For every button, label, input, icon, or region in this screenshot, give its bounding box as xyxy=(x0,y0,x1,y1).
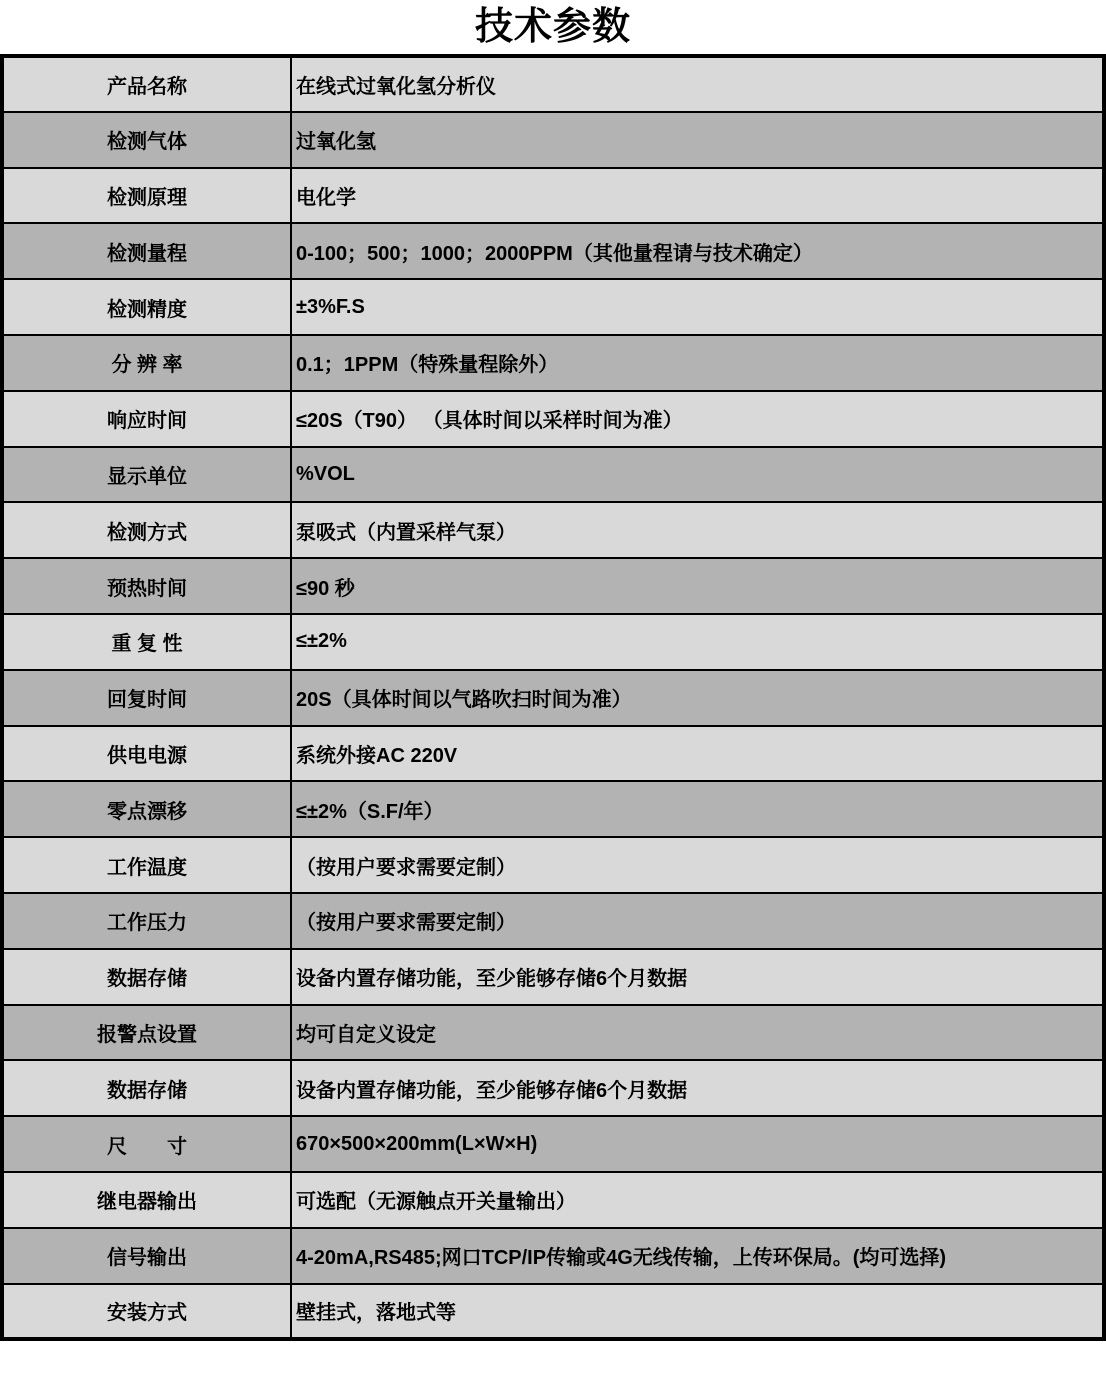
spec-sheet-page: 技术参数 产品名称 在线式过氧化氢分析仪 检测气体 过氧化氢 检测原理 电化学 … xyxy=(0,4,1106,1341)
param-label: 继电器输出 xyxy=(2,1172,291,1228)
table-row: 重 复 性 ≤±2% xyxy=(2,614,1104,670)
param-label: 检测气体 xyxy=(2,112,291,168)
param-value: 0-100；500；1000；2000PPM（其他量程请与技术确定） xyxy=(291,223,1104,279)
param-label: 工作温度 xyxy=(2,837,291,893)
param-label: 零点漂移 xyxy=(2,781,291,837)
table-row: 数据存储 设备内置存储功能，至少能够存储6个月数据 xyxy=(2,949,1104,1005)
param-label: 回复时间 xyxy=(2,670,291,726)
param-label: 检测量程 xyxy=(2,223,291,279)
param-label: 产品名称 xyxy=(2,56,291,112)
param-label: 数据存储 xyxy=(2,949,291,1005)
param-label: 预热时间 xyxy=(2,558,291,614)
param-value: 在线式过氧化氢分析仪 xyxy=(291,56,1104,112)
param-label: 检测方式 xyxy=(2,502,291,558)
spec-table-body: 产品名称 在线式过氧化氢分析仪 检测气体 过氧化氢 检测原理 电化学 检测量程 … xyxy=(2,56,1104,1339)
param-label: 显示单位 xyxy=(2,447,291,503)
param-value: 20S（具体时间以气路吹扫时间为准） xyxy=(291,670,1104,726)
param-label: 重 复 性 xyxy=(2,614,291,670)
table-row: 响应时间 ≤20S（T90） （具体时间以采样时间为准） xyxy=(2,391,1104,447)
param-value: 壁挂式，落地式等 xyxy=(291,1284,1104,1340)
table-row: 继电器输出 可选配（无源触点开关量输出） xyxy=(2,1172,1104,1228)
param-label: 工作压力 xyxy=(2,893,291,949)
param-value: 4-20mA,RS485;网口TCP/IP传输或4G无线传输，上传环保局。(均可… xyxy=(291,1228,1104,1284)
param-label: 尺 寸 xyxy=(2,1116,291,1172)
param-value: 设备内置存储功能，至少能够存储6个月数据 xyxy=(291,1060,1104,1116)
table-row: 工作温度 （按用户要求需要定制） xyxy=(2,837,1104,893)
table-row: 检测方式 泵吸式（内置采样气泵） xyxy=(2,502,1104,558)
param-label: 供电电源 xyxy=(2,726,291,782)
param-label: 分 辨 率 xyxy=(2,335,291,391)
param-value: ≤90 秒 xyxy=(291,558,1104,614)
table-row: 预热时间 ≤90 秒 xyxy=(2,558,1104,614)
param-value: ≤±2%（S.F/年） xyxy=(291,781,1104,837)
table-row: 信号输出 4-20mA,RS485;网口TCP/IP传输或4G无线传输，上传环保… xyxy=(2,1228,1104,1284)
table-row: 检测原理 电化学 xyxy=(2,168,1104,224)
table-row: 工作压力 （按用户要求需要定制） xyxy=(2,893,1104,949)
param-value: 设备内置存储功能，至少能够存储6个月数据 xyxy=(291,949,1104,1005)
param-value: 泵吸式（内置采样气泵） xyxy=(291,502,1104,558)
param-label: 数据存储 xyxy=(2,1060,291,1116)
param-label: 检测原理 xyxy=(2,168,291,224)
param-value: 均可自定义设定 xyxy=(291,1005,1104,1061)
param-label: 报警点设置 xyxy=(2,1005,291,1061)
table-row: 分 辨 率 0.1；1PPM（特殊量程除外） xyxy=(2,335,1104,391)
param-value: 系统外接AC 220V xyxy=(291,726,1104,782)
spec-table: 产品名称 在线式过氧化氢分析仪 检测气体 过氧化氢 检测原理 电化学 检测量程 … xyxy=(0,54,1106,1341)
param-value: 过氧化氢 xyxy=(291,112,1104,168)
table-row: 数据存储 设备内置存储功能，至少能够存储6个月数据 xyxy=(2,1060,1104,1116)
param-value: ±3%F.S xyxy=(291,279,1104,335)
param-label: 响应时间 xyxy=(2,391,291,447)
param-value: 0.1；1PPM（特殊量程除外） xyxy=(291,335,1104,391)
table-row: 检测气体 过氧化氢 xyxy=(2,112,1104,168)
param-value: 电化学 xyxy=(291,168,1104,224)
param-label: 安装方式 xyxy=(2,1284,291,1340)
param-label: 信号输出 xyxy=(2,1228,291,1284)
param-value: ≤20S（T90） （具体时间以采样时间为准） xyxy=(291,391,1104,447)
table-row: 检测精度 ±3%F.S xyxy=(2,279,1104,335)
param-label: 检测精度 xyxy=(2,279,291,335)
table-row: 回复时间 20S（具体时间以气路吹扫时间为准） xyxy=(2,670,1104,726)
table-row: 检测量程 0-100；500；1000；2000PPM（其他量程请与技术确定） xyxy=(2,223,1104,279)
table-row: 尺 寸 670×500×200mm(L×W×H) xyxy=(2,1116,1104,1172)
param-value: 可选配（无源触点开关量输出） xyxy=(291,1172,1104,1228)
param-value: （按用户要求需要定制） xyxy=(291,893,1104,949)
param-value: 670×500×200mm(L×W×H) xyxy=(291,1116,1104,1172)
table-row: 安装方式 壁挂式，落地式等 xyxy=(2,1284,1104,1340)
param-value: ≤±2% xyxy=(291,614,1104,670)
table-row: 显示单位 %VOL xyxy=(2,447,1104,503)
param-value: %VOL xyxy=(291,447,1104,503)
param-value: （按用户要求需要定制） xyxy=(291,837,1104,893)
table-row: 报警点设置 均可自定义设定 xyxy=(2,1005,1104,1061)
page-title: 技术参数 xyxy=(0,4,1106,50)
table-row: 供电电源 系统外接AC 220V xyxy=(2,726,1104,782)
table-row: 零点漂移 ≤±2%（S.F/年） xyxy=(2,781,1104,837)
table-row: 产品名称 在线式过氧化氢分析仪 xyxy=(2,56,1104,112)
